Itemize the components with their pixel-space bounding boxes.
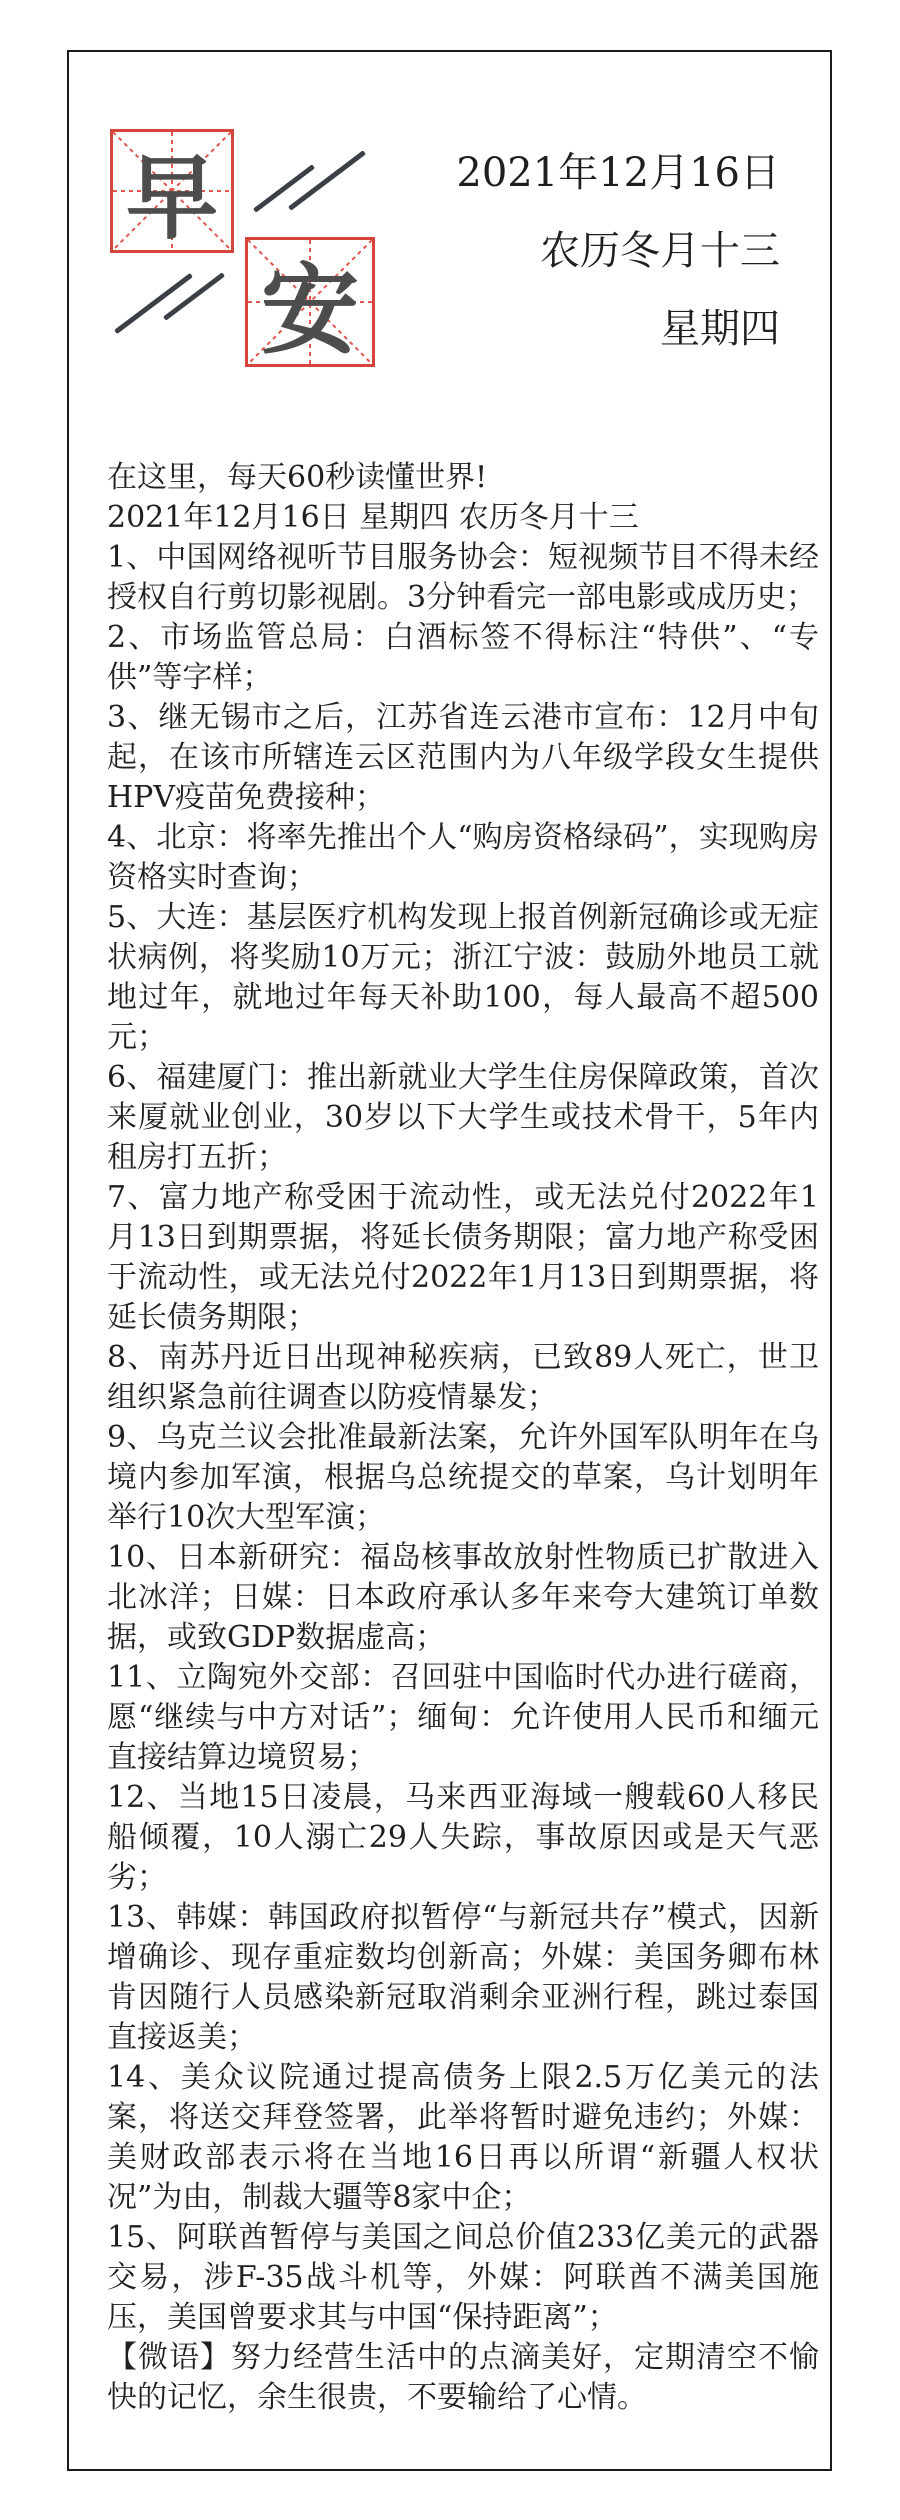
news-item: 14、美众议院通过提高债务上限2.5万亿美元的法案，将送交拜登签署，此举将暂时避… <box>107 2058 819 2218</box>
logo-char-zao: 早 <box>113 132 231 250</box>
news-item: 1、中国网络视听节目服务协会：短视频节目不得未经授权自行剪切影视剧。3分钟看完一… <box>107 538 819 618</box>
document-frame: 早 安 2021年12月16日 农历冬月十三 星期四 <box>67 50 832 2471</box>
slash-icon <box>288 150 366 211</box>
news-item: 6、福建厦门：推出新就业大学生住房保障政策，首次来厦就业创业，30岁以下大学生或… <box>107 1058 819 1178</box>
news-item: 10、日本新研究：福岛核事故放射性物质已扩散进入北冰洋；日媒：日本政府承认多年来… <box>107 1538 819 1658</box>
news-item: 8、南苏丹近日出现神秘疾病，已致89人死亡，世卫组织紧急前往调查以防疫情暴发； <box>107 1338 819 1418</box>
news-item: 4、北京：将率先推出个人“购房资格绿码”，实现购房资格实时查询； <box>107 818 819 898</box>
news-body: 在这里，每天60秒读懂世界! 2021年12月16日 星期四 农历冬月十三 1、… <box>107 458 819 2418</box>
logo-char-an: 安 <box>248 240 372 364</box>
news-item: 11、立陶宛外交部：召回驻中国临时代办进行磋商，愿“继续与中方对话”；缅甸：允许… <box>107 1658 819 1778</box>
calligraphy-grid-zao: 早 <box>110 129 234 253</box>
news-item: 3、继无锡市之后，江苏省连云港市宣布：12月中旬起，在该市所辖连云区范围内为八年… <box>107 698 819 818</box>
page-root: 早 安 2021年12月16日 农历冬月十三 星期四 <box>0 0 900 2520</box>
date-block: 2021年12月16日 农历冬月十三 星期四 <box>456 134 780 368</box>
news-item: 13、韩媒：韩国政府拟暂停“与新冠共存”模式，因新增确诊、现存重症数均创新高；外… <box>107 1898 819 2058</box>
slash-icon <box>163 272 225 321</box>
body-date-line: 2021年12月16日 星期四 农历冬月十三 <box>107 498 819 538</box>
news-item: 2、市场监管总局：白酒标签不得标注“特供”、“专供”等字样； <box>107 618 819 698</box>
weiyu-line: 【微语】努力经营生活中的点滴美好，定期清空不愉快的记忆，余生很贵，不要输给了心情… <box>107 2338 819 2418</box>
date-line-gregorian: 2021年12月16日 <box>456 134 780 212</box>
news-item: 12、当地15日凌晨，马来西亚海域一艘载60人移民船倾覆，10人溺亡29人失踪，… <box>107 1778 819 1898</box>
news-items-list: 1、中国网络视听节目服务协会：短视频节目不得未经授权自行剪切影视剧。3分钟看完一… <box>107 538 819 2338</box>
news-item: 9、乌克兰议会批准最新法案，允许外国军队明年在乌境内参加军演，根据乌总统提交的草… <box>107 1418 819 1538</box>
date-line-lunar: 农历冬月十三 <box>456 212 780 290</box>
calligraphy-grid-an: 安 <box>245 237 375 367</box>
date-line-weekday: 星期四 <box>456 290 780 368</box>
news-item: 7、富力地产称受困于流动性，或无法兑付2022年1月13日到期票据，将延长债务期… <box>107 1178 819 1338</box>
intro-line: 在这里，每天60秒读懂世界! <box>107 458 819 498</box>
slash-icon <box>253 164 315 213</box>
news-item: 15、阿联酋暂停与美国之间总价值233亿美元的武器交易，涉F-35战斗机等，外媒… <box>107 2218 819 2338</box>
news-item: 5、大连：基层医疗机构发现上报首例新冠确诊或无症状病例，将奖励10万元；浙江宁波… <box>107 898 819 1058</box>
